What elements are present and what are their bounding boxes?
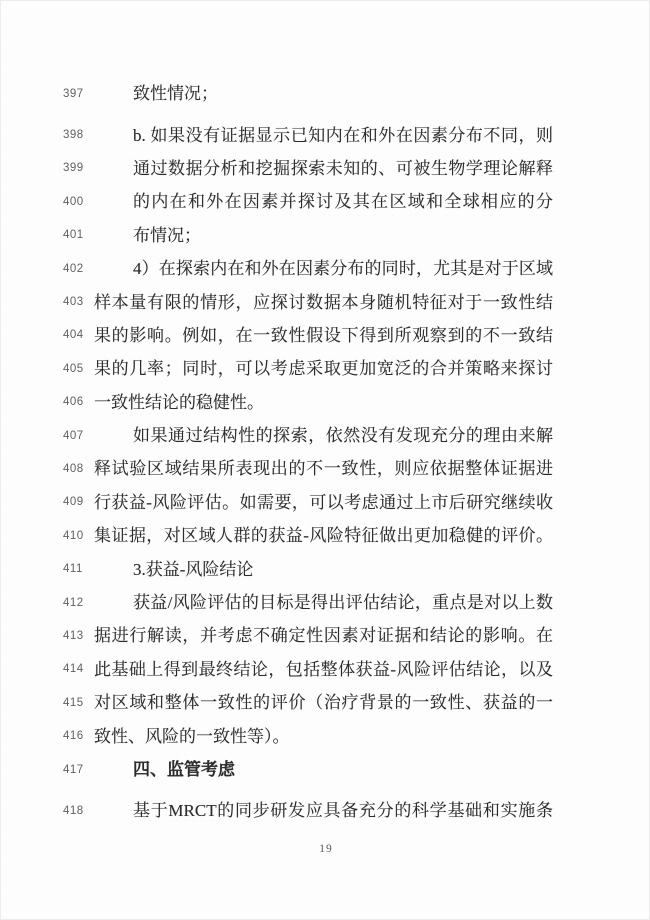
line-text: 致性、风险的一致性等）。 xyxy=(94,728,553,745)
text-line: 412 获益/风险评估的目标是得出评估结论，重点是对以上数 xyxy=(1,586,650,619)
text-line: 406 一致性结论的稳健性。 xyxy=(1,386,650,419)
line-text: 的内在和外在因素并探讨及其在区域和全球相应的分 xyxy=(133,192,553,211)
line-text: 果的几率；同时，可以考虑采取更加宽泛的合并策略来探讨 xyxy=(94,359,553,378)
text-line: 403 样本量有限的情形，应探讨数据本身随机特征对于一致性结 xyxy=(1,285,650,318)
page-number: 19 xyxy=(319,843,333,855)
text-line: 398 b. 如果没有证据显示已知内在和外在因素分布不同，则 xyxy=(1,118,650,151)
line-text: 对区域和整体一致性的评价（治疗背景的一致性、获益的一 xyxy=(94,693,553,712)
line-number: 406 xyxy=(63,396,94,408)
line-text: 基于MRCT的同步研发应具备充分的科学基础和实施条 xyxy=(133,801,553,820)
line-text: 集证据，对区域人群的获益-风险特征做出更加稳健的评价。 xyxy=(94,526,553,545)
line-text: 据进行解读，并考虑不确定性因素对证据和结论的影响。在 xyxy=(94,626,553,645)
text-line: 408 释试验区域结果所表现出的不一致性，则应依据整体证据进 xyxy=(1,452,650,485)
line-number: 409 xyxy=(63,496,94,508)
page-footer: 19 xyxy=(1,839,650,857)
text-line: 413 据进行解读，并考虑不确定性因素对证据和结论的影响。在 xyxy=(1,619,650,652)
line-text: 样本量有限的情形，应探讨数据本身随机特征对于一致性结 xyxy=(94,293,553,312)
line-text: 布情况； xyxy=(133,227,553,244)
line-number: 416 xyxy=(63,730,94,742)
line-number: 408 xyxy=(63,463,94,475)
line-number: 414 xyxy=(63,663,94,675)
line-number: 418 xyxy=(63,805,94,817)
line-number: 407 xyxy=(63,430,94,442)
text-line: 409 行获益-风险评估。如需要，可以考虑通过上市后研究继续收 xyxy=(1,486,650,519)
text-line: 397 致性情况； xyxy=(1,77,650,110)
line-number: 405 xyxy=(63,363,94,375)
text-line: 417 四、监管考虑 xyxy=(1,753,650,786)
text-line: 410 集证据，对区域人群的获益-风险特征做出更加稳健的评价。 xyxy=(1,519,650,552)
line-number: 417 xyxy=(63,764,94,776)
document-text-block: 397 致性情况； 398 b. 如果没有证据显示已知内在和外在因素分布不同，则… xyxy=(1,77,650,828)
line-number: 412 xyxy=(63,597,94,609)
text-line: 415 对区域和整体一致性的评价（治疗背景的一致性、获益的一 xyxy=(1,686,650,719)
line-number: 410 xyxy=(63,530,94,542)
text-line: 401 布情况； xyxy=(1,219,650,252)
line-text: 3.获益-风险结论 xyxy=(133,561,553,578)
text-line: 399 通过数据分析和挖掘探索未知的、可被生物学理论解释 xyxy=(1,152,650,185)
line-text: 行获益-风险评估。如需要，可以考虑通过上市后研究继续收 xyxy=(94,493,553,512)
document-page: 397 致性情况； 398 b. 如果没有证据显示已知内在和外在因素分布不同，则… xyxy=(0,0,650,920)
line-text: 释试验区域结果所表现出的不一致性，则应依据整体证据进 xyxy=(94,459,553,478)
line-text: 果的影响。例如，在一致性假设下得到所观察到的不一致结 xyxy=(94,326,553,345)
line-text: 如果通过结构性的探索，依然没有发现充分的理由来解 xyxy=(133,426,553,445)
line-number: 411 xyxy=(63,563,94,575)
line-text: 通过数据分析和挖掘探索未知的、可被生物学理论解释 xyxy=(133,159,553,178)
line-number: 397 xyxy=(63,88,94,100)
text-line: 404 果的影响。例如，在一致性假设下得到所观察到的不一致结 xyxy=(1,319,650,352)
text-line: 402 4）在探索内在和外在因素分布的同时，尤其是对于区域 xyxy=(1,252,650,285)
line-number: 404 xyxy=(63,329,94,341)
line-number: 398 xyxy=(63,129,94,141)
line-text: b. 如果没有证据显示已知内在和外在因素分布不同，则 xyxy=(133,126,553,145)
line-text: 获益/风险评估的目标是得出评估结论，重点是对以上数 xyxy=(133,593,553,612)
text-line: 411 3.获益-风险结论 xyxy=(1,552,650,585)
line-text: 四、监管考虑 xyxy=(133,761,553,778)
line-text: 4）在探索内在和外在因素分布的同时，尤其是对于区域 xyxy=(133,259,553,278)
line-number: 401 xyxy=(63,229,94,241)
line-text: 一致性结论的稳健性。 xyxy=(94,394,553,411)
text-line: 418 基于MRCT的同步研发应具备充分的科学基础和实施条 xyxy=(1,794,650,827)
line-number: 399 xyxy=(63,162,94,174)
line-number: 415 xyxy=(63,697,94,709)
text-line: 407 如果通过结构性的探索，依然没有发现充分的理由来解 xyxy=(1,419,650,452)
text-line: 400 的内在和外在因素并探讨及其在区域和全球相应的分 xyxy=(1,185,650,218)
line-number: 413 xyxy=(63,630,94,642)
text-line: 414 此基础上得到最终结论，包括整体获益-风险评估结论，以及 xyxy=(1,653,650,686)
text-line: 416 致性、风险的一致性等）。 xyxy=(1,719,650,752)
line-text: 此基础上得到最终结论，包括整体获益-风险评估结论，以及 xyxy=(94,660,553,679)
line-number: 400 xyxy=(63,196,94,208)
line-number: 402 xyxy=(63,263,94,275)
line-text: 致性情况； xyxy=(133,85,553,102)
line-number: 403 xyxy=(63,296,94,308)
text-line: 405 果的几率；同时，可以考虑采取更加宽泛的合并策略来探讨 xyxy=(1,352,650,385)
